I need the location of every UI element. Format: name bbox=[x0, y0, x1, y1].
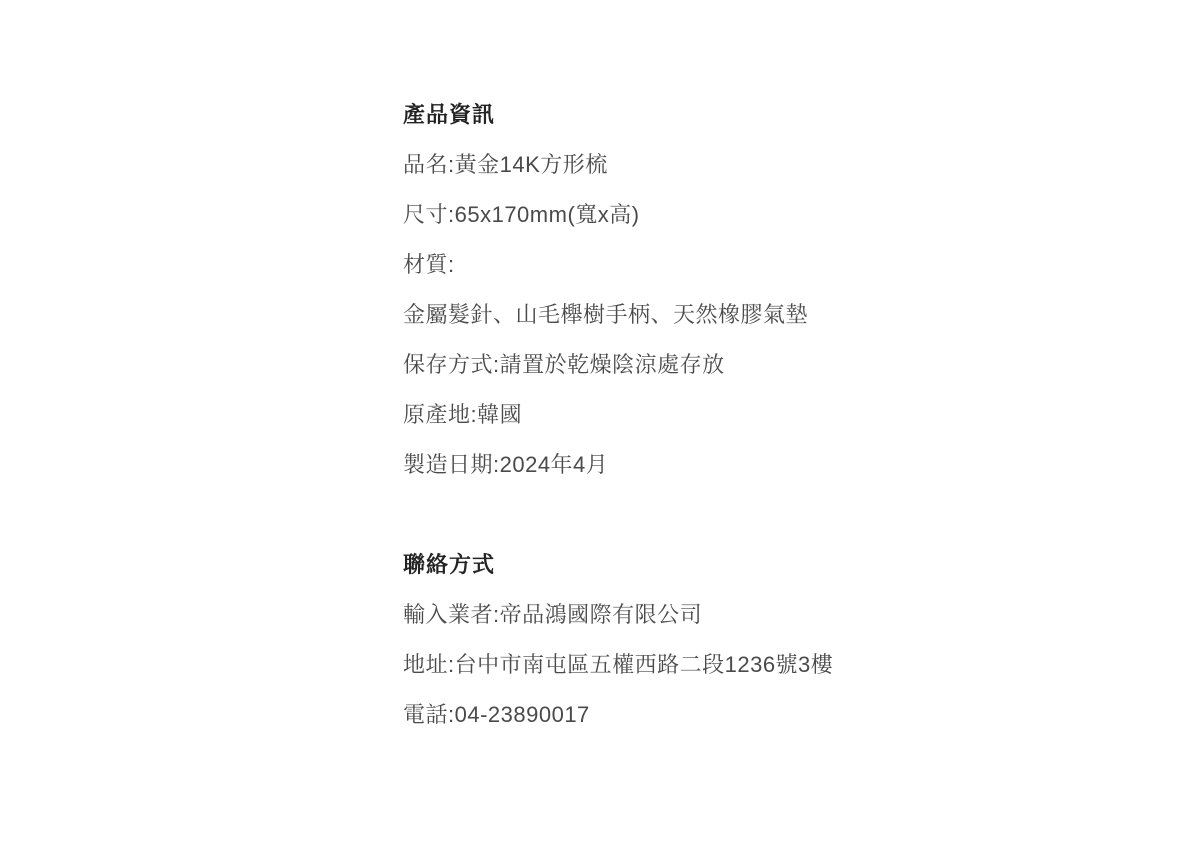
product-name-line: 品名:黃金14K方形梳 bbox=[403, 140, 963, 190]
product-mfg-date-line: 製造日期:2024年4月 bbox=[403, 440, 963, 490]
contact-importer-line: 輸入業者:帝品鴻國際有限公司 bbox=[403, 590, 963, 640]
product-size-line: 尺寸:65x170mm(寬x高) bbox=[403, 190, 963, 240]
product-origin-line: 原產地:韓國 bbox=[403, 390, 963, 440]
product-info-heading: 產品資訊 bbox=[403, 90, 963, 140]
contact-phone-line: 電話:04-23890017 bbox=[403, 690, 963, 740]
product-material-value-line: 金屬髮針、山毛櫸樹手柄、天然橡膠氣墊 bbox=[403, 290, 963, 340]
product-material-label-line: 材質: bbox=[403, 240, 963, 290]
contact-address-line: 地址:台中市南屯區五權西路二段1236號3樓 bbox=[403, 640, 963, 690]
product-storage-line: 保存方式:請置於乾燥陰涼處存放 bbox=[403, 340, 963, 390]
contact-heading: 聯絡方式 bbox=[403, 540, 963, 590]
product-document: 產品資訊 品名:黃金14K方形梳 尺寸:65x170mm(寬x高) 材質: 金屬… bbox=[403, 90, 963, 740]
section-spacer bbox=[403, 490, 963, 540]
